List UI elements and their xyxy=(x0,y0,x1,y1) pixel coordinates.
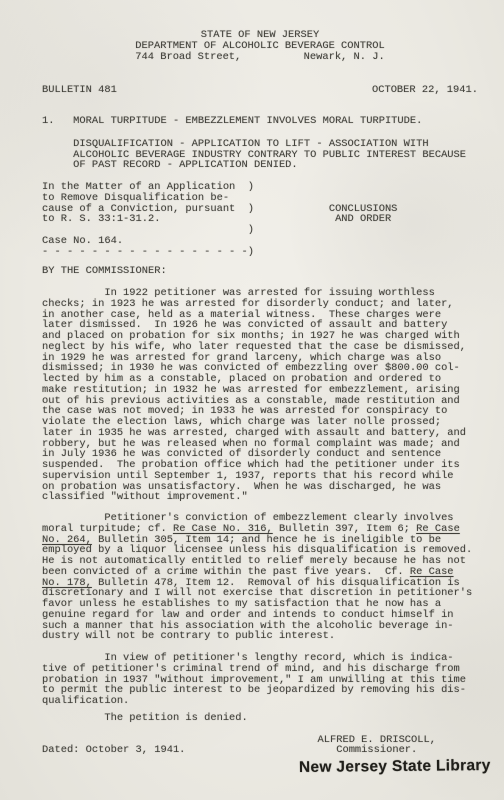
item-heading: 1. MORAL TURPITUDE - EMBEZZLEMENT INVOLV… xyxy=(42,116,478,127)
document-content: STATE OF NEW JERSEY DEPARTMENT OF ALCOHO… xyxy=(0,0,504,756)
bulletin-date: OCTOBER 22, 1941. xyxy=(372,85,478,96)
text-line: dustry will not be contrary to public in… xyxy=(42,631,478,642)
text-line: - - - - - - - - - - - - - - - - -) xyxy=(42,247,478,258)
bulletin-row: BULLETIN 481 OCTOBER 22, 1941. xyxy=(42,85,478,96)
letterhead: STATE OF NEW JERSEY DEPARTMENT OF ALCOHO… xyxy=(42,30,478,62)
signature-title: Commissioner. xyxy=(318,745,436,756)
case-caption: In the Matter of an Application )to Remo… xyxy=(42,182,478,257)
commissioner-byline: BY THE COMMISSIONER: xyxy=(42,266,478,277)
dated-line: Dated: October 3, 1941. xyxy=(42,745,185,757)
document-page: STATE OF NEW JERSEY DEPARTMENT OF ALCOHO… xyxy=(0,0,504,800)
paragraph-conclusion: In view of petitioner's lengthy record, … xyxy=(42,653,478,707)
text-line: qualification. xyxy=(42,696,478,707)
signature-block: ALFRED E. DRISCOLL, Commissioner. xyxy=(318,735,436,757)
letterhead-department: DEPARTMENT OF ALCOHOLIC BEVERAGE CONTROL xyxy=(42,41,478,52)
text-line: OF PAST RECORD - APPLICATION DENIED. xyxy=(42,160,478,171)
library-stamp: New Jersey State Library xyxy=(299,756,491,778)
text-line: classified "without improvement." xyxy=(42,492,478,503)
item-subheading: DISQUALIFICATION - APPLICATION TO LIFT -… xyxy=(42,139,478,171)
footer-row: Dated: October 3, 1941. ALFRED E. DRISCO… xyxy=(42,735,478,757)
paragraph-criminal-history: In 1922 petitioner was arrested for issu… xyxy=(42,288,478,503)
letterhead-address: 744 Broad Street, Newark, N. J. xyxy=(42,52,478,63)
paragraph-legal-analysis: Petitioner's conviction of embezzlement … xyxy=(42,513,478,642)
text-line: The petition is denied. xyxy=(42,713,478,724)
petition-denied-line: The petition is denied. xyxy=(42,713,478,724)
bulletin-number: BULLETIN 481 xyxy=(42,85,117,96)
